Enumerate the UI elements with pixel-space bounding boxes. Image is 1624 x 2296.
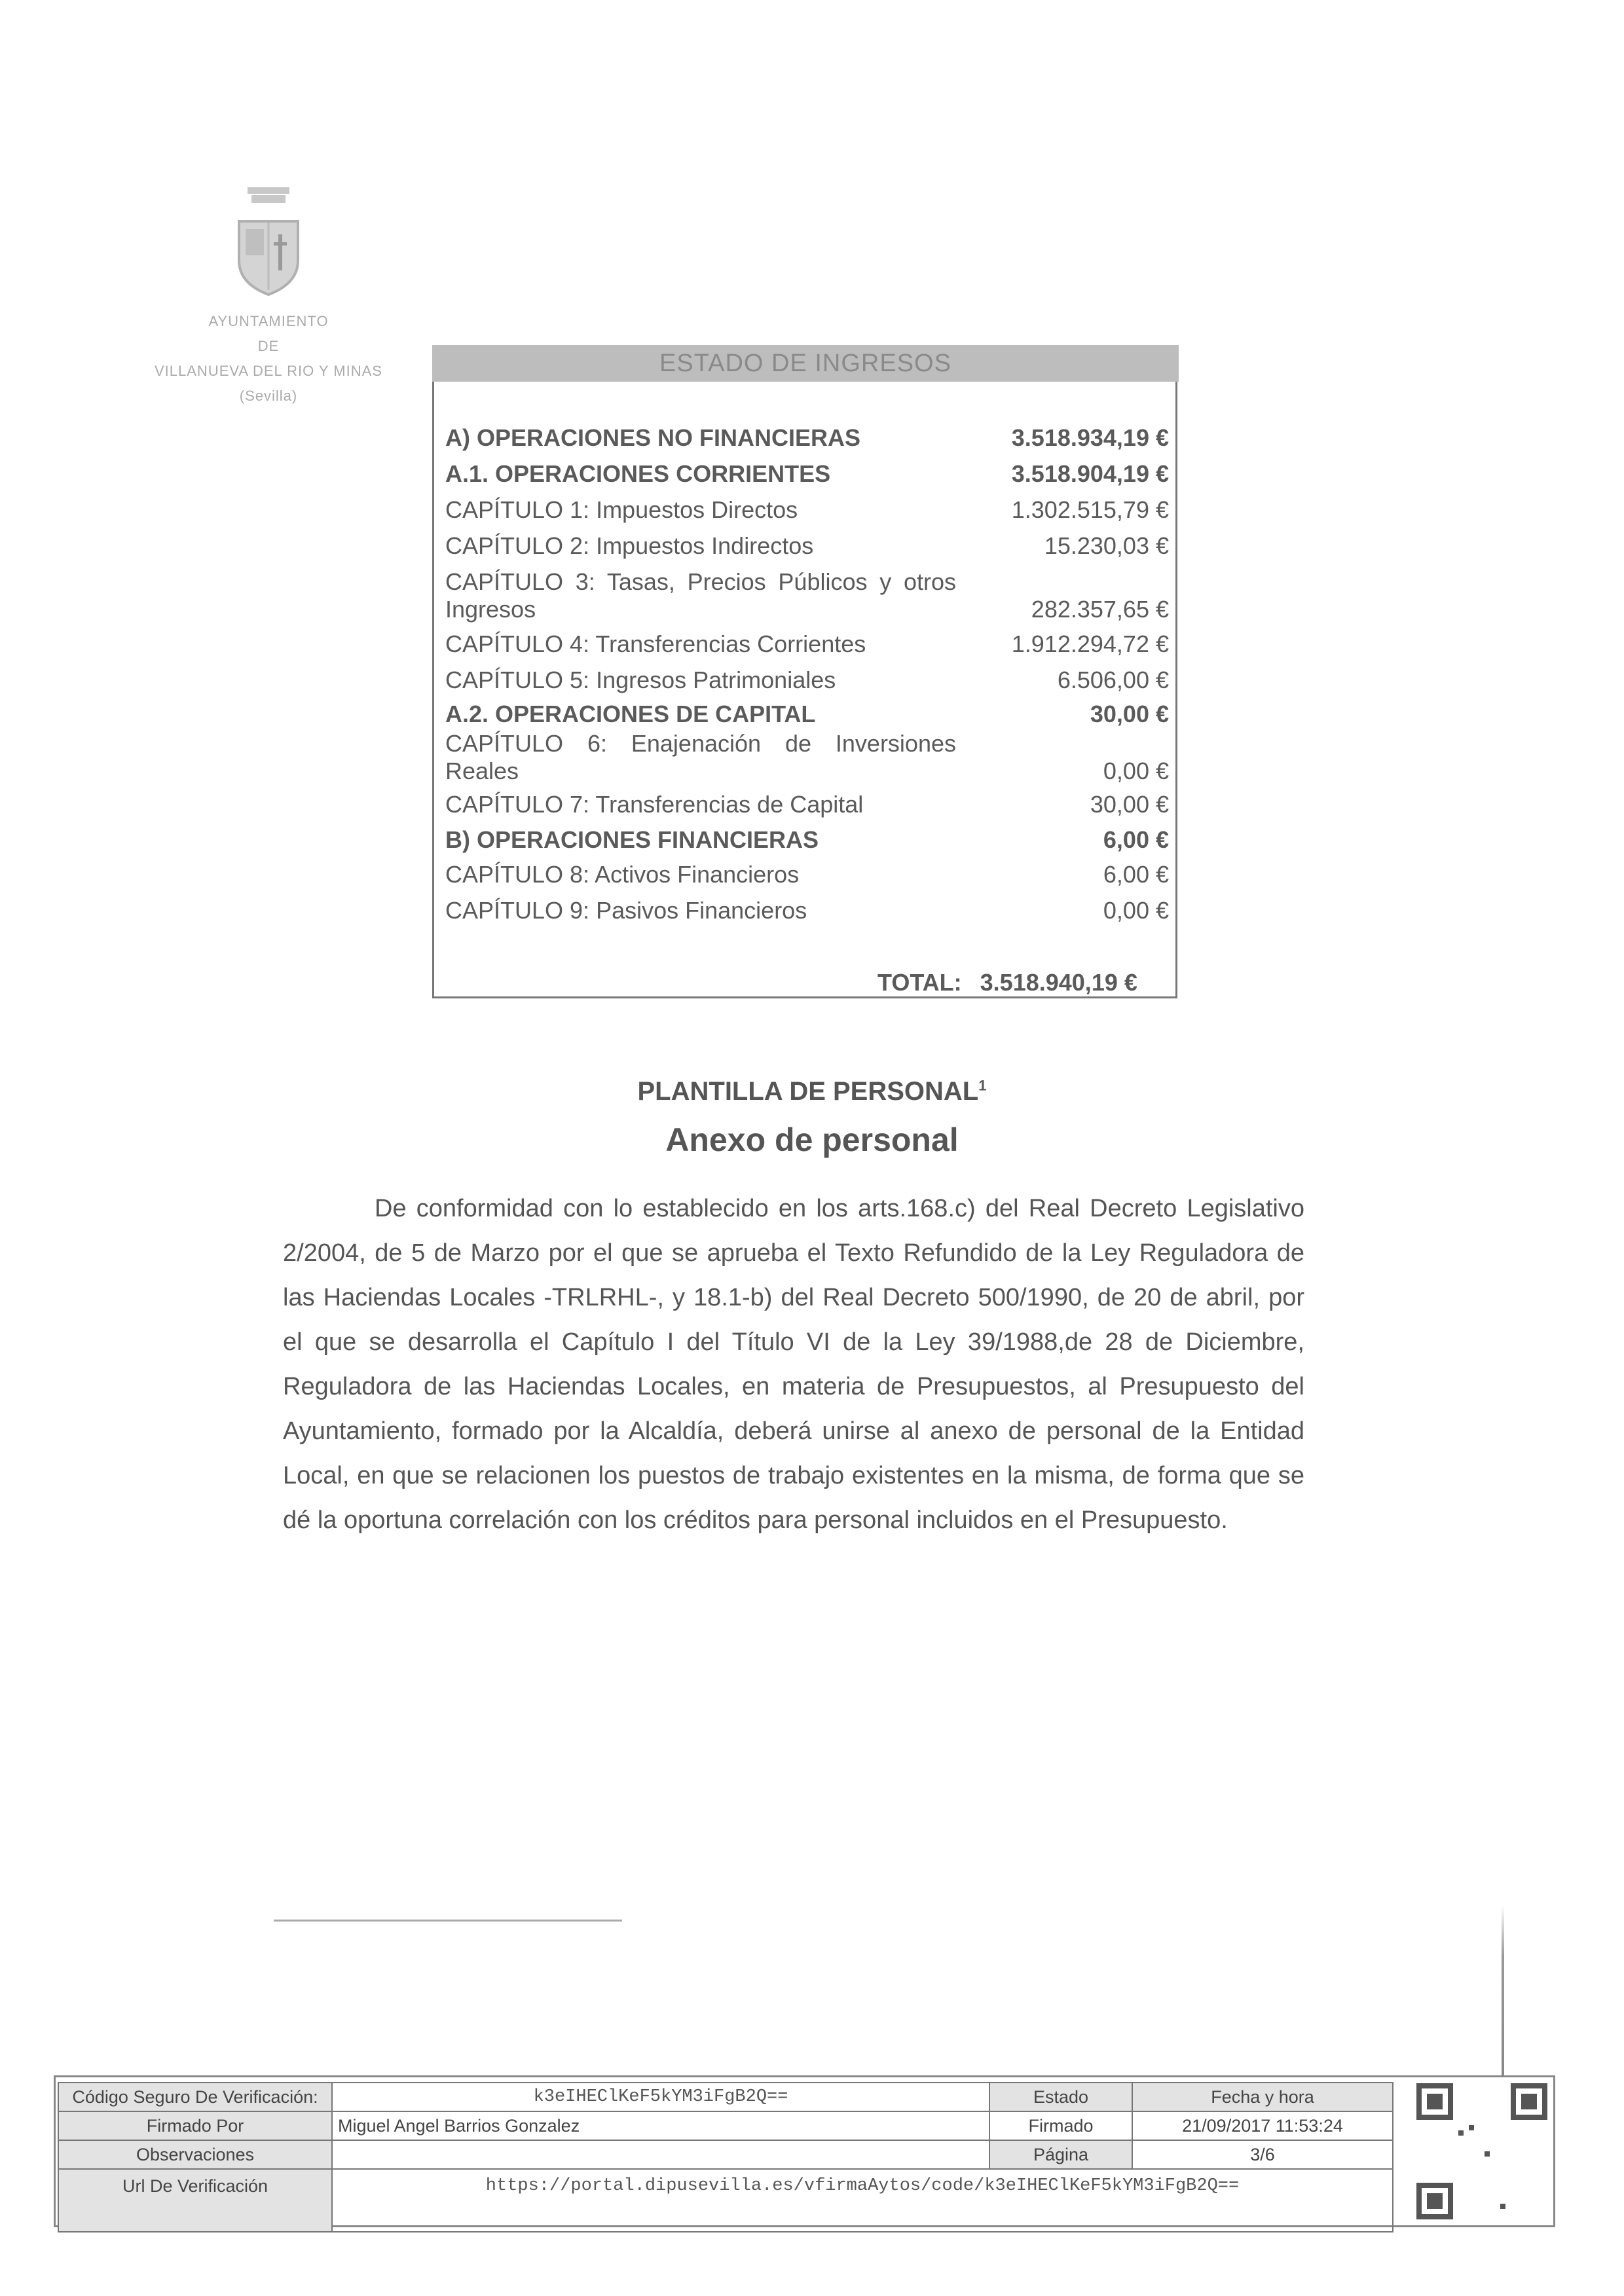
row-label: CAPÍTULO 4: Transferencias Corrientes — [445, 630, 866, 658]
row-label: A) OPERACIONES NO FINANCIERAS — [445, 424, 860, 452]
row-value: 6.506,00 € — [1058, 666, 1169, 694]
row-label: A.1. OPERACIONES CORRIENTES — [445, 460, 830, 488]
firmado-por-value: Miguel Angel Barrios Gonzalez — [332, 2111, 989, 2140]
letterhead-line: VILLANUEVA DEL RIO Y MINAS — [151, 359, 386, 384]
total-value: 3.518.940,19 € — [980, 969, 1137, 996]
row-label: CAPÍTULO 7: Transferencias de Capital — [445, 791, 863, 818]
row-label: CAPÍTULO 9: Pasivos Financieros — [445, 897, 807, 924]
observaciones-label: Observaciones — [58, 2140, 332, 2169]
footnote-mark: 1 — [978, 1078, 986, 1094]
row-label-continued: Ingresos — [445, 596, 536, 623]
section-title: PLANTILLA DE PERSONAL1 — [0, 1077, 1624, 1106]
row-value: 0,00 € — [1103, 897, 1169, 924]
letterhead-line: AYUNTAMIENTO — [151, 309, 386, 334]
row-label: CAPÍTULO 5: Ingresos Patrimoniales — [445, 666, 836, 694]
row-label-continued: Reales — [445, 757, 519, 785]
estado-label: Estado — [989, 2083, 1132, 2111]
coat-of-arms-icon — [216, 182, 321, 300]
row-label: CAPÍTULO 6: Enajenación de Inversiones — [445, 730, 956, 757]
row-value: 30,00 € — [1090, 791, 1169, 818]
row-label: CAPÍTULO 2: Impuestos Indirectos — [445, 532, 813, 560]
total-label: TOTAL: — [877, 969, 962, 996]
row-label: B) OPERACIONES FINANCIERAS — [445, 826, 819, 854]
url-value[interactable]: https://portal.dipusevilla.es/vfirmaAyto… — [332, 2169, 1393, 2232]
pagina-label: Página — [989, 2140, 1132, 2169]
row-value: 282.357,65 € — [1031, 596, 1169, 623]
row-label: CAPÍTULO 3: Tasas, Precios Públicos y ot… — [445, 568, 956, 596]
row-value: 3.518.934,19 € — [1012, 424, 1169, 452]
row-value: 6,00 € — [1103, 861, 1169, 888]
row-value: 3.518.904,19 € — [1012, 460, 1169, 488]
csv-label: Código Seguro De Verificación: — [58, 2083, 332, 2111]
ingresos-total: TOTAL: 3.518.940,19 € — [877, 969, 1137, 996]
row-value: 0,00 € — [1103, 757, 1169, 785]
row-value: 1.912.294,72 € — [1012, 630, 1169, 658]
pagina-value: 3/6 — [1132, 2140, 1393, 2169]
row-label: CAPÍTULO 8: Activos Financieros — [445, 861, 799, 888]
row-value: 30,00 € — [1090, 701, 1169, 728]
fecha-label: Fecha y hora — [1132, 2083, 1393, 2111]
firmado-por-label: Firmado Por — [58, 2111, 332, 2140]
row-value: 15.230,03 € — [1044, 532, 1169, 560]
letterhead-line: DE — [151, 334, 386, 359]
body-paragraph: De conformidad con lo establecido en los… — [283, 1186, 1304, 1542]
row-label: A.2. OPERACIONES DE CAPITAL — [445, 701, 815, 728]
csv-value: k3eIHEClKeF5kYM3iFgB2Q== — [332, 2083, 989, 2111]
fecha-value: 21/09/2017 11:53:24 — [1132, 2111, 1393, 2140]
url-label: Url De Verificación — [58, 2169, 332, 2232]
section-title-text: PLANTILLA DE PERSONAL — [638, 1077, 979, 1106]
row-value: 6,00 € — [1103, 826, 1169, 854]
observaciones-value — [332, 2140, 989, 2169]
footnote-divider — [274, 1920, 622, 1922]
margin-line — [1502, 1905, 1504, 2075]
ingresos-header: ESTADO DE INGRESOS — [432, 345, 1179, 382]
estado-value: Firmado — [989, 2111, 1132, 2140]
section-subtitle: Anexo de personal — [0, 1121, 1624, 1159]
letterhead-line: (Sevilla) — [151, 384, 386, 409]
row-value: 1.302.515,79 € — [1012, 496, 1169, 524]
qr-code-icon — [1416, 2082, 1547, 2221]
letterhead-text: AYUNTAMIENTO DE VILLANUEVA DEL RIO Y MIN… — [151, 309, 386, 409]
row-label: CAPÍTULO 1: Impuestos Directos — [445, 496, 798, 524]
signature-table: Código Seguro De Verificación: k3eIHEClK… — [58, 2082, 1393, 2232]
